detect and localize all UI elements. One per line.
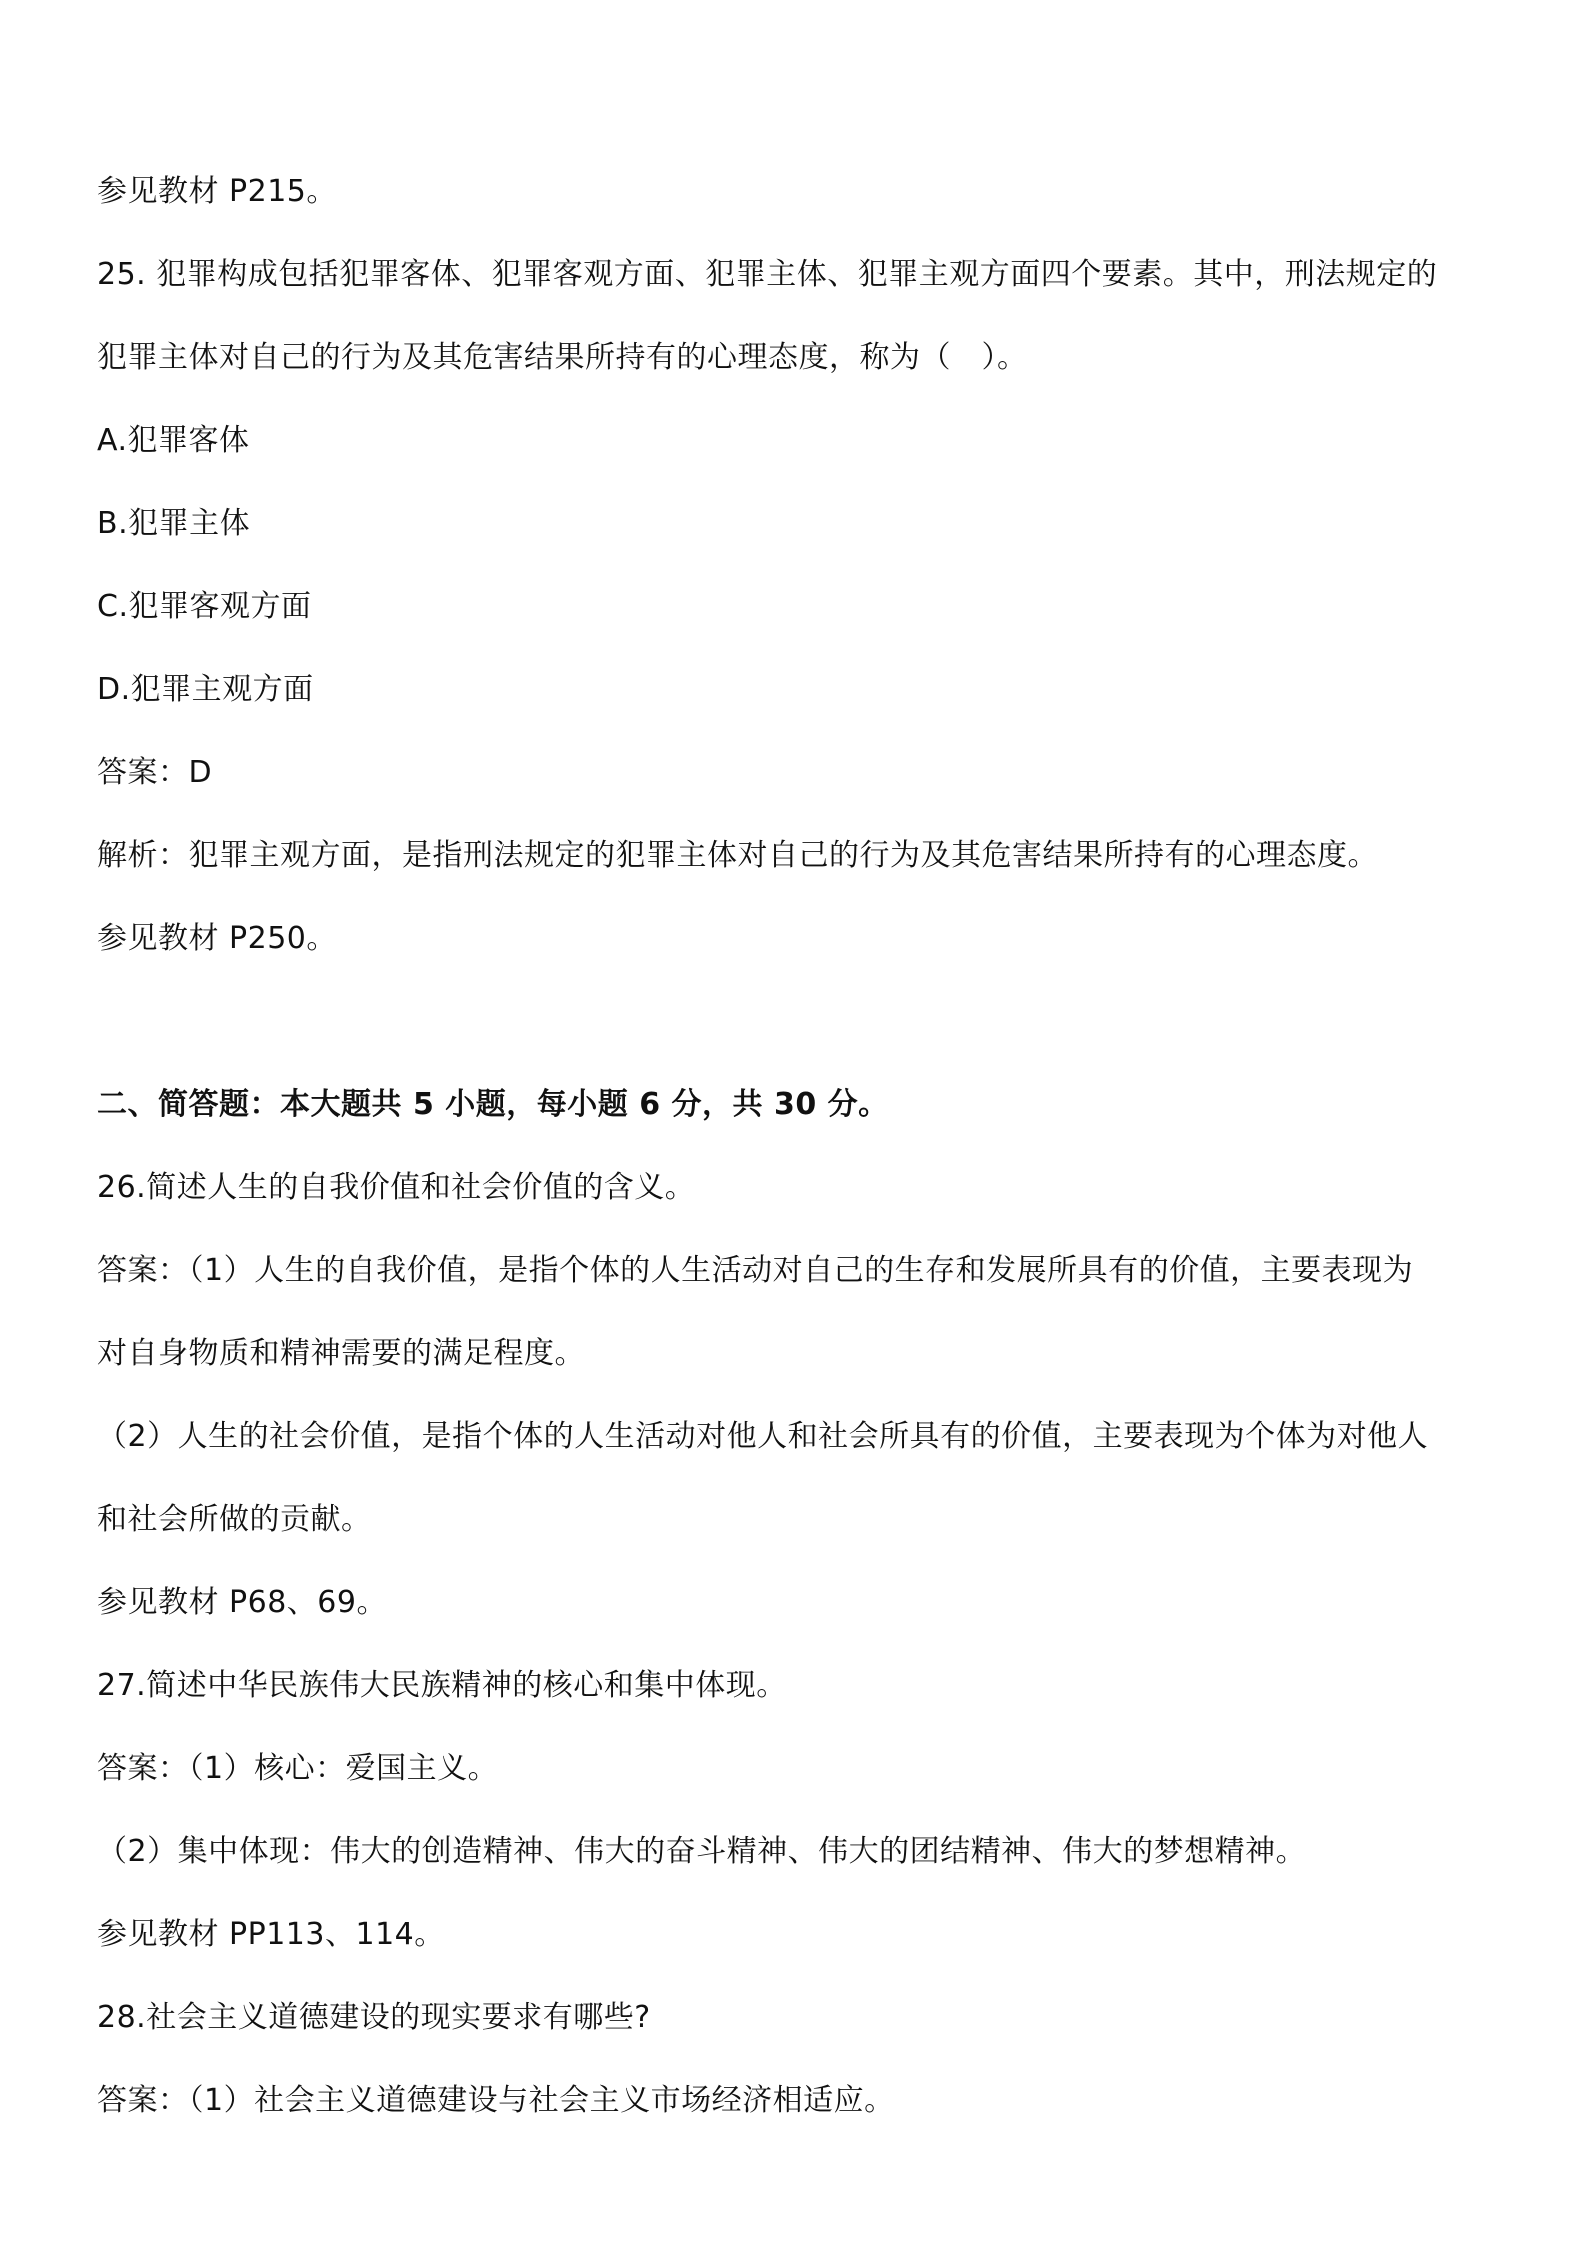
q28-stem: 28.社会主义道德建设的现实要求有哪些?	[97, 1998, 651, 2038]
q26-answer-line1: 答案：（1）人生的自我价值，是指个体的人生活动对自己的生存和发展所具有的价值，主…	[97, 1251, 1413, 1291]
q27-answer-line1: 答案：（1）核心：爱国主义。	[97, 1749, 498, 1789]
q27-stem: 27.简述中华民族伟大民族精神的核心和集中体现。	[97, 1666, 787, 1706]
q25-option-c: C.犯罪客观方面	[97, 587, 311, 627]
q27-answer-line2: （2）集中体现：伟大的创造精神、伟大的奋斗精神、伟大的团结精神、伟大的梦想精神。	[97, 1832, 1306, 1872]
q26-reference: 参见教材 P68、69。	[97, 1583, 387, 1623]
q25-stem-line1: 25. 犯罪构成包括犯罪客体、犯罪客观方面、犯罪主体、犯罪主观方面四个要素。其中…	[97, 255, 1437, 295]
q26-answer-line3: （2）人生的社会价值，是指个体的人生活动对他人和社会所具有的价值，主要表现为个体…	[97, 1417, 1428, 1457]
q26-answer-line2: 对自身物质和精神需要的满足程度。	[97, 1334, 585, 1374]
q28-answer-line1: 答案：（1）社会主义道德建设与社会主义市场经济相适应。	[97, 2081, 895, 2121]
q25-option-b: B.犯罪主体	[97, 504, 250, 544]
q25-analysis: 解析：犯罪主观方面，是指刑法规定的犯罪主体对自己的行为及其危害结果所持有的心理态…	[97, 836, 1378, 876]
q25-option-a: A.犯罪客体	[97, 421, 250, 461]
section-heading: 二、简答题：本大题共 5 小题，每小题 6 分，共 30 分。	[97, 1085, 889, 1125]
q24-reference: 参见教材 P215。	[97, 172, 337, 212]
q25-stem-line2: 犯罪主体对自己的行为及其危害结果所持有的心理态度，称为（ ）。	[97, 338, 1028, 378]
q26-answer-line4: 和社会所做的贡献。	[97, 1500, 372, 1540]
q25-option-d: D.犯罪主观方面	[97, 670, 314, 710]
q26-stem: 26.简述人生的自我价值和社会价值的含义。	[97, 1168, 695, 1208]
q25-reference: 参见教材 P250。	[97, 919, 337, 959]
q27-reference: 参见教材 PP113、114。	[97, 1915, 445, 1955]
q25-answer: 答案：D	[97, 753, 212, 793]
